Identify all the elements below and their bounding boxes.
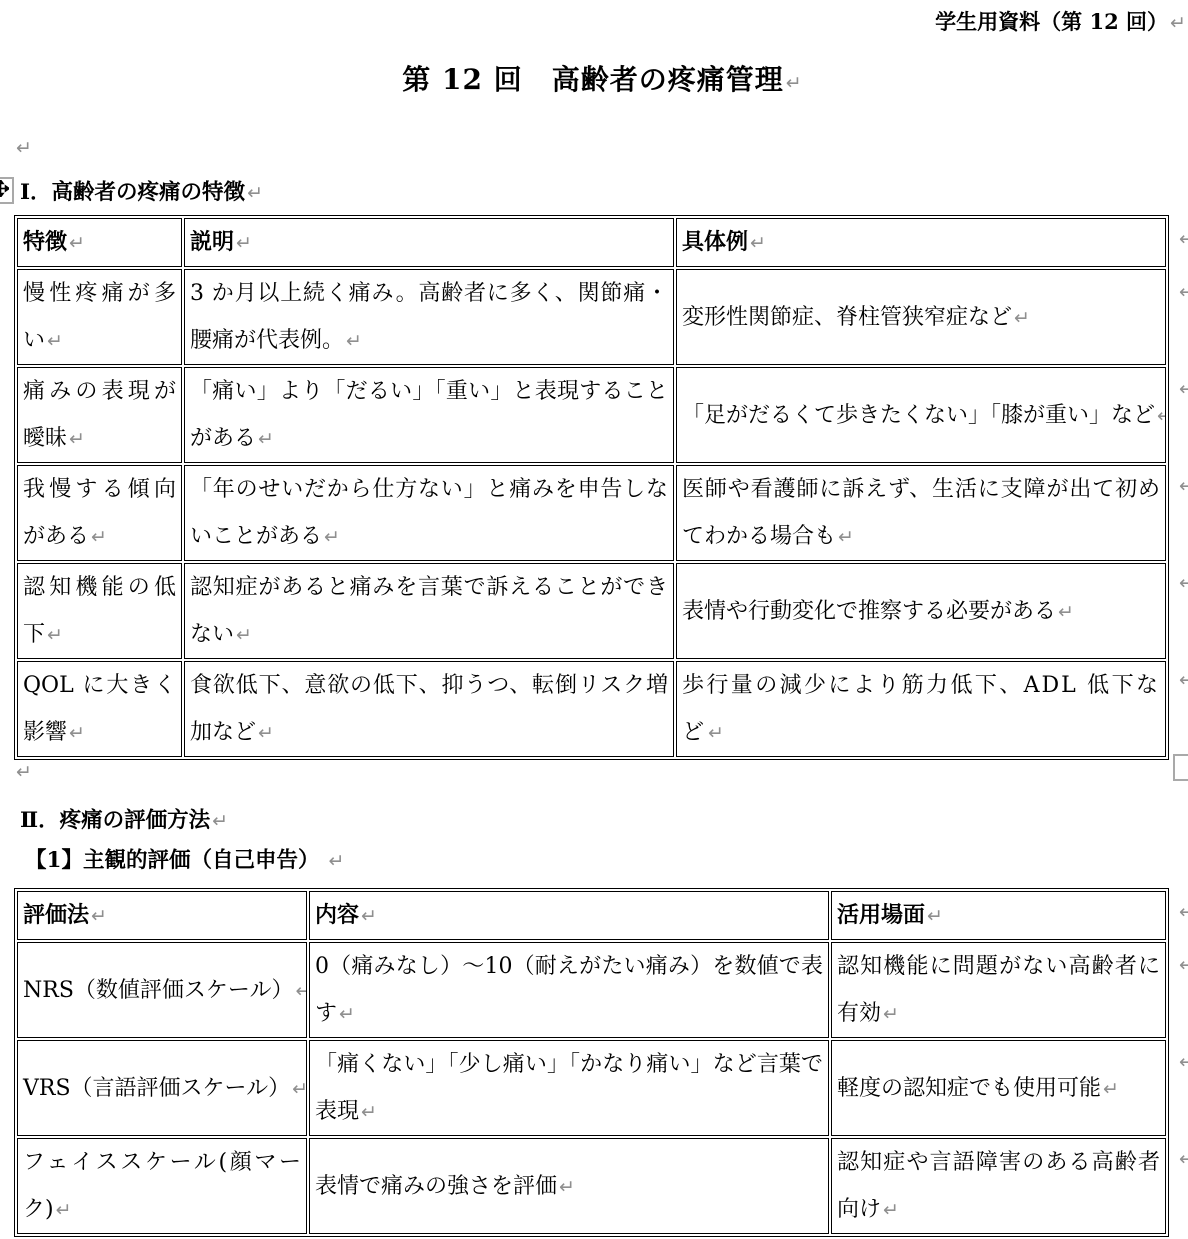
header-cell-use-case: 活用場面↵ bbox=[831, 891, 1166, 940]
table-cell: 「痛くない」「少し痛い」「かなり痛い」など言葉で表現↵ bbox=[309, 1040, 829, 1136]
table-row: 認知機能の低下↵ 認知症があると痛みを言葉で訴えることができない↵ 表情や行動変… bbox=[17, 563, 1166, 659]
table-cell: 認知機能の低下↵ bbox=[17, 563, 182, 659]
move-arrows-icon bbox=[0, 180, 9, 201]
header-right: 学生用資料（第 12 回）↵ bbox=[935, 6, 1170, 36]
table-cell: QOL に大きく影響↵ bbox=[17, 661, 182, 757]
table-cell: 医師や看護師に訴えず、生活に支障が出て初めてわかる場合も↵ bbox=[676, 465, 1166, 561]
table-row: 痛みの表現が曖昧↵ 「痛い」より「だるい」「重い」と表現することがある↵ 「足が… bbox=[17, 367, 1166, 463]
table-cell: 変形性関節症、脊柱管狭窄症など↵ bbox=[676, 269, 1166, 365]
table-move-handle[interactable] bbox=[0, 177, 14, 204]
table-resize-handle[interactable] bbox=[1173, 754, 1188, 781]
section2-subheading: 【1】主観的評価（自己申告）↵ bbox=[25, 843, 328, 874]
section1-heading-text: Ⅰ．高齢者の疼痛の特徴 bbox=[20, 180, 245, 205]
table-cell: 認知機能に問題がない高齢者に有効↵ bbox=[831, 942, 1166, 1038]
table-cell: 「痛い」より「だるい」「重い」と表現することがある↵ bbox=[184, 367, 674, 463]
table-row: VRS（言語評価スケール）↵ 「痛くない」「少し痛い」「かなり痛い」など言葉で表… bbox=[17, 1040, 1166, 1136]
section2-heading: Ⅱ．疼痛の評価方法↵ bbox=[20, 803, 212, 834]
table-cell: フェイススケール(顔マーク)↵ bbox=[17, 1138, 307, 1234]
section2-subheading-text: 【1】主観的評価（自己申告） bbox=[25, 848, 319, 873]
table-cell: 認知症があると痛みを言葉で訴えることができない↵ bbox=[184, 563, 674, 659]
table-row: フェイススケール(顔マーク)↵ 表情で痛みの強さを評価↵ 認知症や言語障害のある… bbox=[17, 1138, 1166, 1234]
table-cell: 我慢する傾向がある↵ bbox=[17, 465, 182, 561]
page-title: 第 12 回 高齢者の疼痛管理↵ bbox=[0, 58, 1188, 98]
table-header-row: 評価法↵ 内容↵ 活用場面↵ bbox=[17, 891, 1166, 940]
table-cell: 表情で痛みの強さを評価↵ bbox=[309, 1138, 829, 1234]
table-header-row: 特徴↵ 説明↵ 具体例↵ bbox=[17, 218, 1166, 267]
table-cell: NRS（数値評価スケール）↵ bbox=[17, 942, 307, 1038]
table-cell: 3 か月以上続く痛み。高齢者に多く、関節痛・腰痛が代表例。↵ bbox=[184, 269, 674, 365]
table-row: NRS（数値評価スケール）↵ 0（痛みなし）～10（耐えがたい痛み）を数値で表す… bbox=[17, 942, 1166, 1038]
table-row: QOL に大きく影響↵ 食欲低下、意欲の低下、抑うつ、転倒リスク増加など↵ 歩行… bbox=[17, 661, 1166, 757]
table-cell: 慢性疼痛が多い↵ bbox=[17, 269, 182, 365]
table-cell: VRS（言語評価スケール）↵ bbox=[17, 1040, 307, 1136]
table-cell: 「足がだるくて歩きたくない」「膝が重い」など↵ bbox=[676, 367, 1166, 463]
section1-heading: Ⅰ．高齢者の疼痛の特徴↵ bbox=[20, 175, 247, 206]
header-cell-feature: 特徴↵ bbox=[17, 218, 182, 267]
page-title-text: 第 12 回 高齢者の疼痛管理 bbox=[402, 63, 783, 96]
table-cell: 軽度の認知症でも使用可能↵ bbox=[831, 1040, 1166, 1136]
table-cell: 「年のせいだから仕方ない」と痛みを申告しないことがある↵ bbox=[184, 465, 674, 561]
table-row: 慢性疼痛が多い↵ 3 か月以上続く痛み。高齢者に多く、関節痛・腰痛が代表例。↵ … bbox=[17, 269, 1166, 365]
section2-heading-text: Ⅱ．疼痛の評価方法 bbox=[20, 808, 210, 833]
header-cell-content: 内容↵ bbox=[309, 891, 829, 940]
header-cell-example: 具体例↵ bbox=[676, 218, 1166, 267]
table-cell: 歩行量の減少により筋力低下、ADL 低下など↵ bbox=[676, 661, 1166, 757]
table-cell: 食欲低下、意欲の低下、抑うつ、転倒リスク増加など↵ bbox=[184, 661, 674, 757]
table-cell: 0（痛みなし）～10（耐えがたい痛み）を数値で表す↵ bbox=[309, 942, 829, 1038]
document-page: 学生用資料（第 12 回）↵ 第 12 回 高齢者の疼痛管理↵ ↵ Ⅰ．高齢者の… bbox=[0, 0, 1188, 1239]
pain-assessment-table: 評価法↵ 内容↵ 活用場面↵ NRS（数値評価スケール）↵ 0（痛みなし）～10… bbox=[14, 888, 1169, 1237]
table-cell: 痛みの表現が曖昧↵ bbox=[17, 367, 182, 463]
table-cell: 認知症や言語障害のある高齢者向け↵ bbox=[831, 1138, 1166, 1234]
header-cell-method: 評価法↵ bbox=[17, 891, 307, 940]
header-cell-description: 説明↵ bbox=[184, 218, 674, 267]
table-cell: 表情や行動変化で推察する必要がある↵ bbox=[676, 563, 1166, 659]
pain-characteristics-table: 特徴↵ 説明↵ 具体例↵ 慢性疼痛が多い↵ 3 か月以上続く痛み。高齢者に多く、… bbox=[14, 215, 1169, 760]
table-row: 我慢する傾向がある↵ 「年のせいだから仕方ない」と痛みを申告しないことがある↵ … bbox=[17, 465, 1166, 561]
header-right-text: 学生用資料（第 12 回） bbox=[935, 9, 1168, 34]
